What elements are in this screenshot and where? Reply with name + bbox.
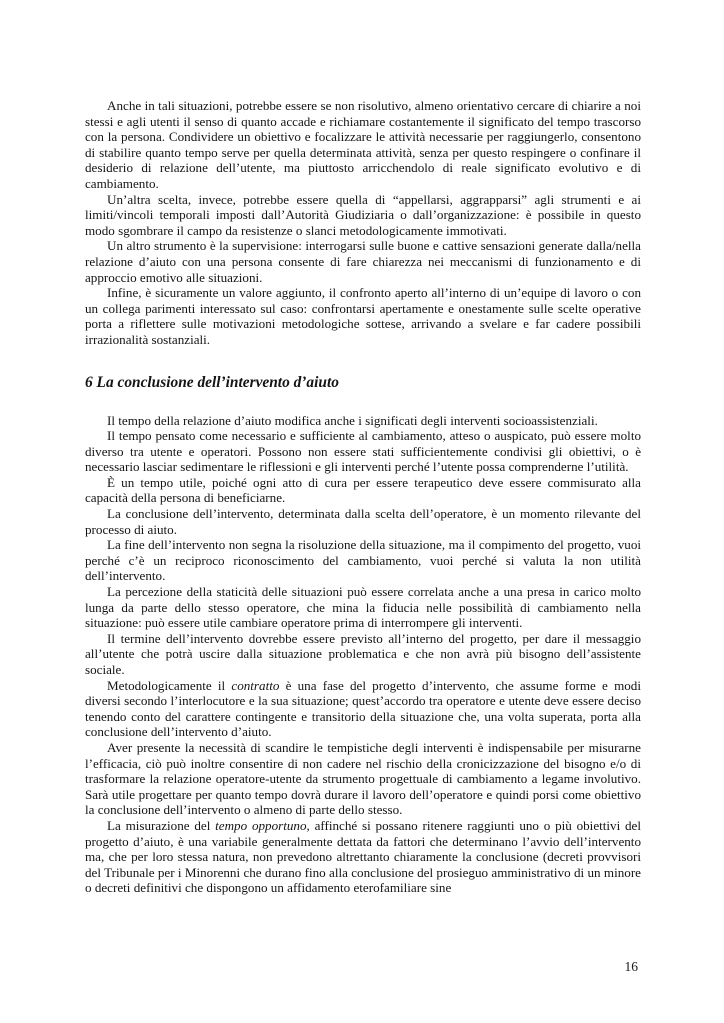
intro-paragraphs: Anche in tali situazioni, potrebbe esser…	[85, 98, 641, 348]
paragraph-text: Infine, è sicuramente un valore aggiunto…	[85, 285, 641, 347]
section-paragraphs: Il tempo della relazione d’aiuto modific…	[85, 413, 641, 896]
paragraph-text: Il tempo della relazione d’aiuto modific…	[107, 413, 598, 428]
paragraph: La misurazione del tempo opportuno, affi…	[85, 818, 641, 896]
paragraph-text: Aver presente la necessità di scandire l…	[85, 740, 641, 817]
document-page: Anche in tali situazioni, potrebbe esser…	[0, 0, 724, 1023]
paragraph-text: Un’altra scelta, invece, potrebbe essere…	[85, 192, 641, 238]
paragraph-text: Anche in tali situazioni, potrebbe esser…	[85, 98, 641, 191]
paragraph: La percezione della staticità delle situ…	[85, 584, 641, 631]
paragraph: Metodologicamente il contratto è una fas…	[85, 678, 641, 740]
paragraph-text: È un tempo utile, poiché ogni atto di cu…	[85, 475, 641, 506]
paragraph: È un tempo utile, poiché ogni atto di cu…	[85, 475, 641, 506]
paragraph: Il tempo pensato come necessario e suffi…	[85, 428, 641, 475]
paragraph: Aver presente la necessità di scandire l…	[85, 740, 641, 818]
section-heading: 6 La conclusione dell’intervento d’aiuto	[85, 373, 641, 393]
paragraph: Infine, è sicuramente un valore aggiunto…	[85, 285, 641, 347]
paragraph-text: La fine dell’intervento non segna la ris…	[85, 537, 641, 583]
paragraph-text: Il termine dell’intervento dovrebbe esse…	[85, 631, 641, 677]
paragraph-text: La misurazione del	[107, 818, 215, 833]
paragraph: La fine dell’intervento non segna la ris…	[85, 537, 641, 584]
paragraph-text: Il tempo pensato come necessario e suffi…	[85, 428, 641, 474]
paragraph: La conclusione dell’intervento, determin…	[85, 506, 641, 537]
paragraph-text: Metodologicamente il	[107, 678, 231, 693]
paragraph-text: La percezione della staticità delle situ…	[85, 584, 641, 630]
paragraph-text-italic: contratto	[231, 678, 279, 693]
page-number: 16	[625, 959, 639, 975]
paragraph: Un altro strumento è la supervisione: in…	[85, 238, 641, 285]
paragraph: Un’altra scelta, invece, potrebbe essere…	[85, 192, 641, 239]
text-block: Anche in tali situazioni, potrebbe esser…	[85, 98, 641, 896]
paragraph-text-italic: tempo opportuno	[215, 818, 306, 833]
paragraph-text: Un altro strumento è la supervisione: in…	[85, 238, 641, 284]
paragraph-text: La conclusione dell’intervento, determin…	[85, 506, 641, 537]
paragraph: Il tempo della relazione d’aiuto modific…	[85, 413, 641, 429]
paragraph: Anche in tali situazioni, potrebbe esser…	[85, 98, 641, 192]
paragraph: Il termine dell’intervento dovrebbe esse…	[85, 631, 641, 678]
